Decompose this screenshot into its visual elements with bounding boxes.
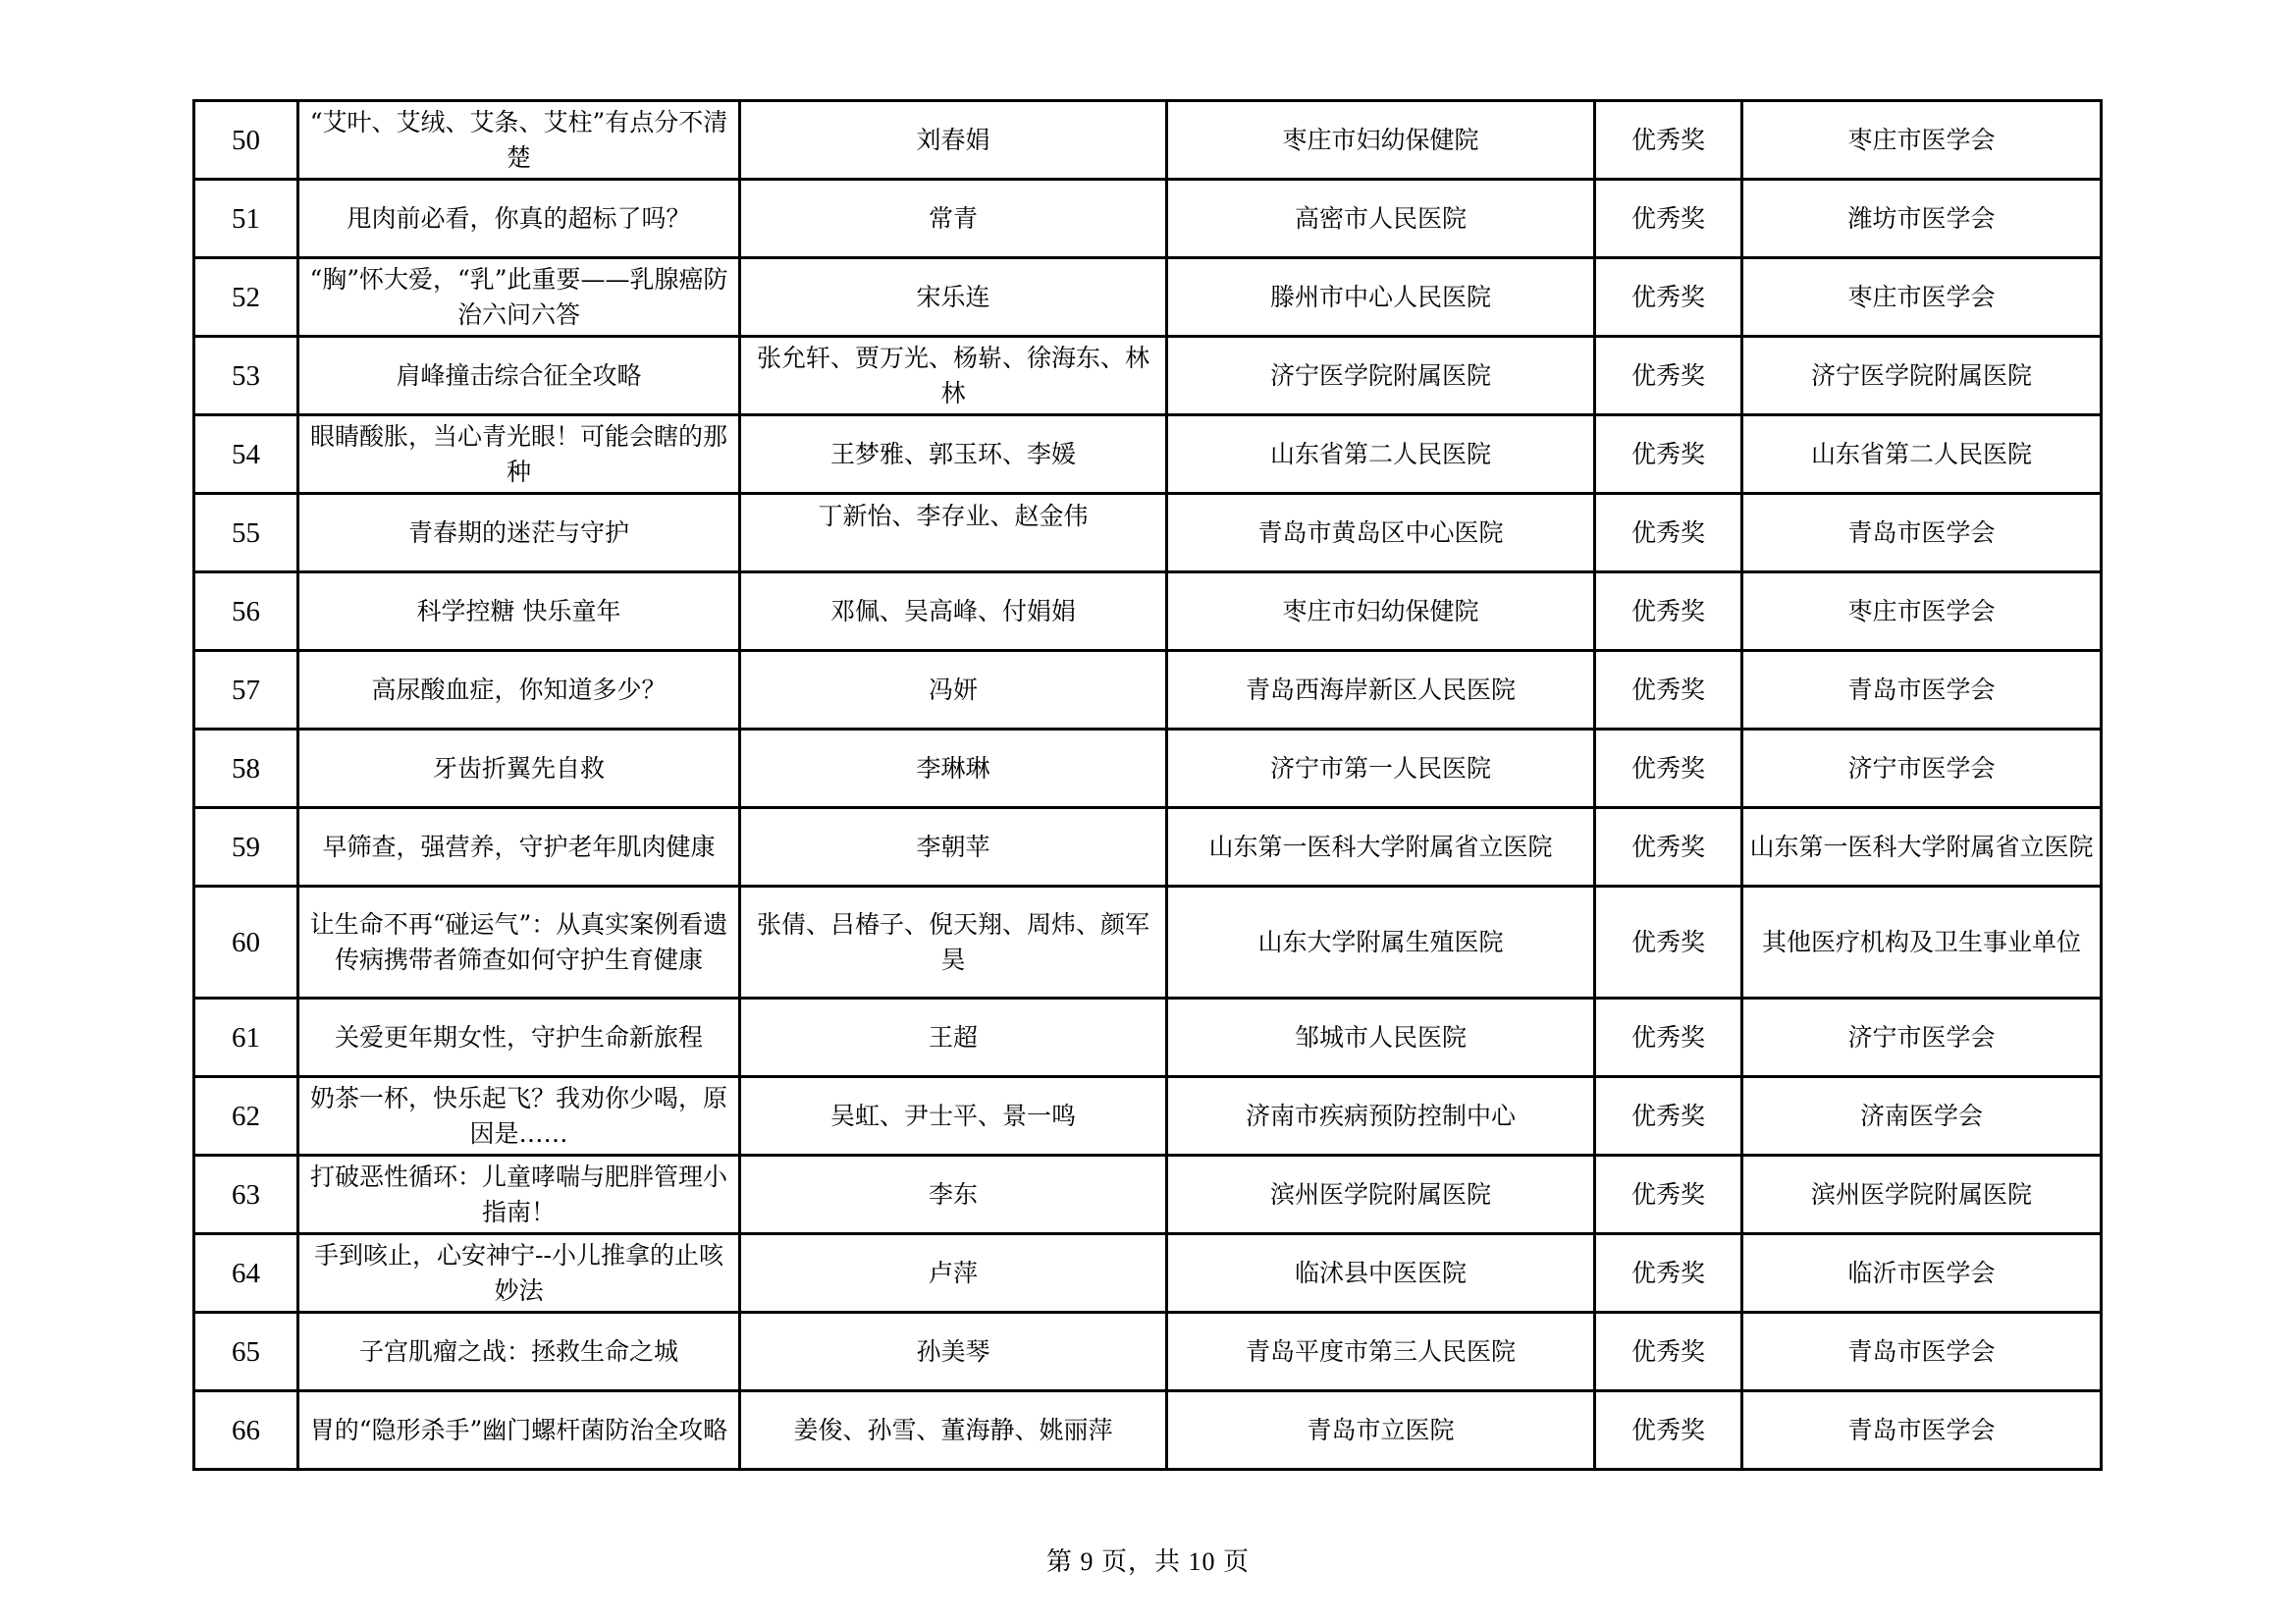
cell-authors: 孙美琴 bbox=[740, 1313, 1167, 1391]
cell-number: 54 bbox=[194, 415, 298, 494]
cell-award: 优秀奖 bbox=[1595, 1077, 1742, 1156]
cell-recommender: 济宁市医学会 bbox=[1742, 999, 2102, 1077]
cell-authors: 王超 bbox=[740, 999, 1167, 1077]
cell-recommender: 青岛市医学会 bbox=[1742, 651, 2102, 730]
cell-number: 53 bbox=[194, 337, 298, 415]
cell-title: “胸”怀大爱，“乳”此重要——乳腺癌防治六问六答 bbox=[298, 258, 740, 337]
table-body: 50“艾叶、艾绒、艾条、艾柱”有点分不清楚刘春娟枣庄市妇幼保健院优秀奖枣庄市医学… bbox=[194, 101, 2102, 1470]
cell-authors: 张倩、吕椿子、倪天翔、周炜、颜军昊 bbox=[740, 887, 1167, 999]
cell-title: “艾叶、艾绒、艾条、艾柱”有点分不清楚 bbox=[298, 101, 740, 180]
award-list-table: 50“艾叶、艾绒、艾条、艾柱”有点分不清楚刘春娟枣庄市妇幼保健院优秀奖枣庄市医学… bbox=[192, 99, 2103, 1471]
cell-title: 打破恶性循环：儿童哮喘与肥胖管理小指南！ bbox=[298, 1156, 740, 1234]
cell-recommender: 滨州医学院附属医院 bbox=[1742, 1156, 2102, 1234]
table-row: 56科学控糖 快乐童年邓佩、吴高峰、付娟娟枣庄市妇幼保健院优秀奖枣庄市医学会 bbox=[194, 572, 2102, 651]
cell-authors: 王梦雅、郭玉环、李媛 bbox=[740, 415, 1167, 494]
cell-authors: 刘春娟 bbox=[740, 101, 1167, 180]
cell-recommender: 枣庄市医学会 bbox=[1742, 572, 2102, 651]
cell-title: 科学控糖 快乐童年 bbox=[298, 572, 740, 651]
table-row: 63打破恶性循环：儿童哮喘与肥胖管理小指南！李东滨州医学院附属医院优秀奖滨州医学… bbox=[194, 1156, 2102, 1234]
cell-number: 56 bbox=[194, 572, 298, 651]
cell-number: 64 bbox=[194, 1234, 298, 1313]
cell-number: 62 bbox=[194, 1077, 298, 1156]
cell-number: 51 bbox=[194, 180, 298, 258]
cell-recommender: 潍坊市医学会 bbox=[1742, 180, 2102, 258]
cell-number: 65 bbox=[194, 1313, 298, 1391]
table-row: 61关爱更年期女性，守护生命新旅程王超邹城市人民医院优秀奖济宁市医学会 bbox=[194, 999, 2102, 1077]
table-row: 51甩肉前必看，你真的超标了吗？常青高密市人民医院优秀奖潍坊市医学会 bbox=[194, 180, 2102, 258]
cell-award: 优秀奖 bbox=[1595, 730, 1742, 808]
cell-title: 关爱更年期女性，守护生命新旅程 bbox=[298, 999, 740, 1077]
cell-unit: 青岛市立医院 bbox=[1167, 1391, 1595, 1470]
cell-authors: 李东 bbox=[740, 1156, 1167, 1234]
cell-recommender: 青岛市医学会 bbox=[1742, 1391, 2102, 1470]
cell-award: 优秀奖 bbox=[1595, 258, 1742, 337]
cell-unit: 青岛平度市第三人民医院 bbox=[1167, 1313, 1595, 1391]
table-row: 53肩峰撞击综合征全攻略张允轩、贾万光、杨崭、徐海东、林林济宁医学院附属医院优秀… bbox=[194, 337, 2102, 415]
cell-authors: 丁新怡、李存业、赵金伟 bbox=[740, 494, 1167, 572]
cell-award: 优秀奖 bbox=[1595, 999, 1742, 1077]
cell-recommender: 枣庄市医学会 bbox=[1742, 101, 2102, 180]
cell-recommender: 临沂市医学会 bbox=[1742, 1234, 2102, 1313]
table-row: 58牙齿折翼先自救李琳琳济宁市第一人民医院优秀奖济宁市医学会 bbox=[194, 730, 2102, 808]
cell-title: 手到咳止，心安神宁--小儿推拿的止咳妙法 bbox=[298, 1234, 740, 1313]
cell-unit: 青岛西海岸新区人民医院 bbox=[1167, 651, 1595, 730]
cell-recommender: 其他医疗机构及卫生事业单位 bbox=[1742, 887, 2102, 999]
cell-authors: 姜俊、孙雪、董海静、姚丽萍 bbox=[740, 1391, 1167, 1470]
table-row: 60让生命不再“碰运气”：从真实案例看遗传病携带者筛查如何守护生育健康张倩、吕椿… bbox=[194, 887, 2102, 999]
cell-unit: 高密市人民医院 bbox=[1167, 180, 1595, 258]
cell-title: 甩肉前必看，你真的超标了吗？ bbox=[298, 180, 740, 258]
cell-recommender: 山东省第二人民医院 bbox=[1742, 415, 2102, 494]
cell-award: 优秀奖 bbox=[1595, 1234, 1742, 1313]
cell-authors: 冯妍 bbox=[740, 651, 1167, 730]
table-row: 52“胸”怀大爱，“乳”此重要——乳腺癌防治六问六答宋乐连滕州市中心人民医院优秀… bbox=[194, 258, 2102, 337]
cell-unit: 济宁医学院附属医院 bbox=[1167, 337, 1595, 415]
cell-unit: 青岛市黄岛区中心医院 bbox=[1167, 494, 1595, 572]
cell-award: 优秀奖 bbox=[1595, 887, 1742, 999]
cell-unit: 济宁市第一人民医院 bbox=[1167, 730, 1595, 808]
cell-award: 优秀奖 bbox=[1595, 101, 1742, 180]
cell-recommender: 枣庄市医学会 bbox=[1742, 258, 2102, 337]
page-number-footer: 第 9 页，共 10 页 bbox=[0, 1542, 2296, 1578]
cell-title: 青春期的迷茫与守护 bbox=[298, 494, 740, 572]
cell-title: 奶茶一杯，快乐起飞？我劝你少喝，原因是…… bbox=[298, 1077, 740, 1156]
cell-title: 子宫肌瘤之战：拯救生命之城 bbox=[298, 1313, 740, 1391]
cell-title: 肩峰撞击综合征全攻略 bbox=[298, 337, 740, 415]
cell-unit: 枣庄市妇幼保健院 bbox=[1167, 572, 1595, 651]
cell-award: 优秀奖 bbox=[1595, 180, 1742, 258]
cell-unit: 山东第一医科大学附属省立医院 bbox=[1167, 808, 1595, 887]
cell-number: 55 bbox=[194, 494, 298, 572]
cell-title: 胃的“隐形杀手”幽门螺杆菌防治全攻略 bbox=[298, 1391, 740, 1470]
cell-authors: 邓佩、吴高峰、付娟娟 bbox=[740, 572, 1167, 651]
cell-number: 57 bbox=[194, 651, 298, 730]
table-row: 66胃的“隐形杀手”幽门螺杆菌防治全攻略姜俊、孙雪、董海静、姚丽萍青岛市立医院优… bbox=[194, 1391, 2102, 1470]
table-row: 62奶茶一杯，快乐起飞？我劝你少喝，原因是……吴虹、尹士平、景一鸣济南市疾病预防… bbox=[194, 1077, 2102, 1156]
cell-unit: 滕州市中心人民医院 bbox=[1167, 258, 1595, 337]
cell-authors: 宋乐连 bbox=[740, 258, 1167, 337]
cell-award: 优秀奖 bbox=[1595, 1156, 1742, 1234]
cell-authors: 张允轩、贾万光、杨崭、徐海东、林林 bbox=[740, 337, 1167, 415]
cell-number: 60 bbox=[194, 887, 298, 999]
cell-unit: 临沭县中医医院 bbox=[1167, 1234, 1595, 1313]
cell-unit: 邹城市人民医院 bbox=[1167, 999, 1595, 1077]
cell-recommender: 济宁医学院附属医院 bbox=[1742, 337, 2102, 415]
table-row: 64手到咳止，心安神宁--小儿推拿的止咳妙法卢萍临沭县中医医院优秀奖临沂市医学会 bbox=[194, 1234, 2102, 1313]
cell-unit: 济南市疾病预防控制中心 bbox=[1167, 1077, 1595, 1156]
cell-title: 高尿酸血症，你知道多少？ bbox=[298, 651, 740, 730]
table-row: 65子宫肌瘤之战：拯救生命之城孙美琴青岛平度市第三人民医院优秀奖青岛市医学会 bbox=[194, 1313, 2102, 1391]
cell-number: 61 bbox=[194, 999, 298, 1077]
cell-recommender: 青岛市医学会 bbox=[1742, 1313, 2102, 1391]
table-row: 59早筛查，强营养，守护老年肌肉健康李朝苹山东第一医科大学附属省立医院优秀奖山东… bbox=[194, 808, 2102, 887]
table-row: 54眼睛酸胀，当心青光眼！可能会瞎的那种王梦雅、郭玉环、李媛山东省第二人民医院优… bbox=[194, 415, 2102, 494]
cell-number: 63 bbox=[194, 1156, 298, 1234]
cell-authors: 李琳琳 bbox=[740, 730, 1167, 808]
cell-authors: 吴虹、尹士平、景一鸣 bbox=[740, 1077, 1167, 1156]
cell-authors: 卢萍 bbox=[740, 1234, 1167, 1313]
cell-title: 早筛查，强营养，守护老年肌肉健康 bbox=[298, 808, 740, 887]
cell-recommender: 济宁市医学会 bbox=[1742, 730, 2102, 808]
cell-award: 优秀奖 bbox=[1595, 1313, 1742, 1391]
cell-award: 优秀奖 bbox=[1595, 415, 1742, 494]
cell-award: 优秀奖 bbox=[1595, 651, 1742, 730]
cell-unit: 山东省第二人民医院 bbox=[1167, 415, 1595, 494]
cell-title: 牙齿折翼先自救 bbox=[298, 730, 740, 808]
cell-title: 眼睛酸胀，当心青光眼！可能会瞎的那种 bbox=[298, 415, 740, 494]
cell-number: 58 bbox=[194, 730, 298, 808]
cell-number: 52 bbox=[194, 258, 298, 337]
table-row: 55青春期的迷茫与守护丁新怡、李存业、赵金伟青岛市黄岛区中心医院优秀奖青岛市医学… bbox=[194, 494, 2102, 572]
cell-recommender: 山东第一医科大学附属省立医院 bbox=[1742, 808, 2102, 887]
cell-number: 66 bbox=[194, 1391, 298, 1470]
cell-title: 让生命不再“碰运气”：从真实案例看遗传病携带者筛查如何守护生育健康 bbox=[298, 887, 740, 999]
cell-award: 优秀奖 bbox=[1595, 572, 1742, 651]
cell-award: 优秀奖 bbox=[1595, 494, 1742, 572]
cell-number: 59 bbox=[194, 808, 298, 887]
cell-number: 50 bbox=[194, 101, 298, 180]
cell-recommender: 济南医学会 bbox=[1742, 1077, 2102, 1156]
table-row: 50“艾叶、艾绒、艾条、艾柱”有点分不清楚刘春娟枣庄市妇幼保健院优秀奖枣庄市医学… bbox=[194, 101, 2102, 180]
cell-authors: 常青 bbox=[740, 180, 1167, 258]
cell-unit: 枣庄市妇幼保健院 bbox=[1167, 101, 1595, 180]
cell-award: 优秀奖 bbox=[1595, 337, 1742, 415]
cell-authors: 李朝苹 bbox=[740, 808, 1167, 887]
cell-unit: 山东大学附属生殖医院 bbox=[1167, 887, 1595, 999]
cell-award: 优秀奖 bbox=[1595, 1391, 1742, 1470]
cell-recommender: 青岛市医学会 bbox=[1742, 494, 2102, 572]
table-row: 57高尿酸血症，你知道多少？冯妍青岛西海岸新区人民医院优秀奖青岛市医学会 bbox=[194, 651, 2102, 730]
cell-unit: 滨州医学院附属医院 bbox=[1167, 1156, 1595, 1234]
cell-award: 优秀奖 bbox=[1595, 808, 1742, 887]
